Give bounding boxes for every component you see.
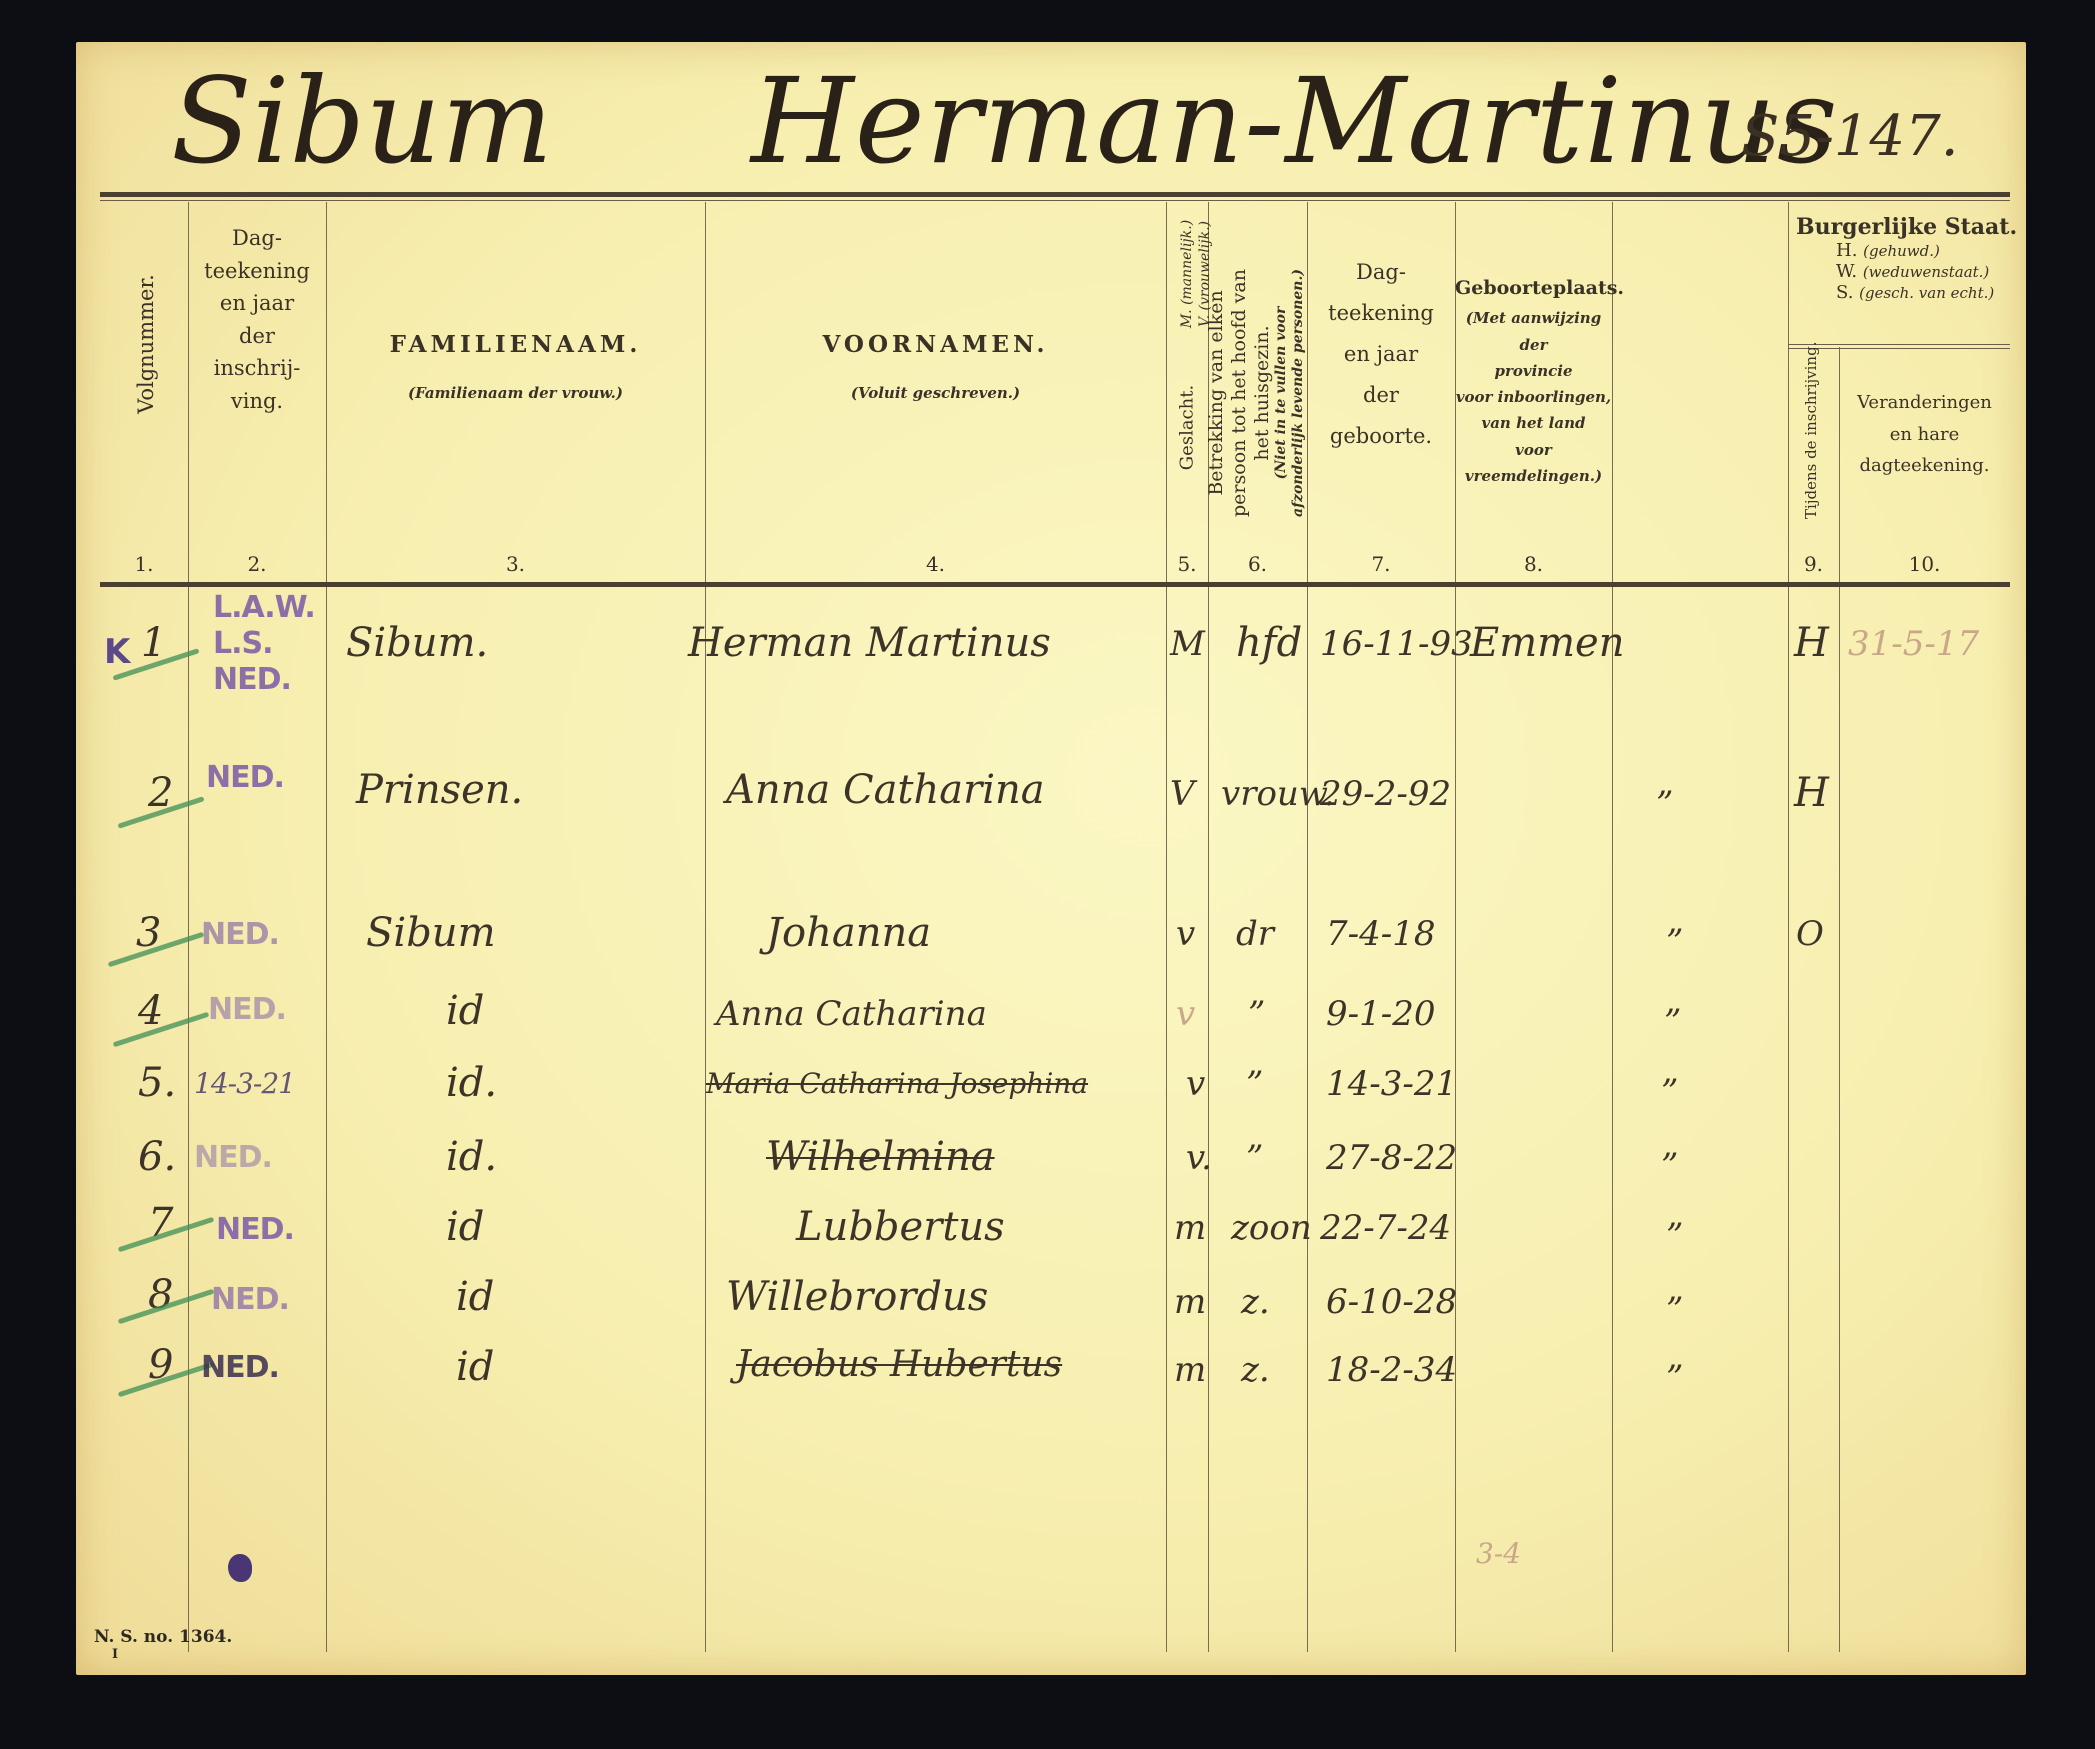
code-h: H.	[1836, 240, 1857, 261]
code-w-desc: (weduwenstaat.)	[1863, 263, 1989, 281]
entry-sex: v	[1186, 1064, 1205, 1104]
col2-line: ving.	[188, 385, 326, 418]
header-surname: Sibum	[171, 62, 553, 180]
entry-relation: ”	[1246, 1064, 1263, 1104]
entry-sex: v	[1176, 994, 1195, 1034]
entry-relation: ”	[1248, 994, 1265, 1034]
entry-birthplace: ”	[1664, 1002, 1681, 1042]
entry-birthplace: ”	[1666, 1216, 1683, 1256]
col6-sub: (Niet in te vullen voor	[1273, 213, 1290, 573]
col-number: 5.	[1166, 552, 1208, 576]
entry-surname: id	[446, 1204, 484, 1250]
entry-surname: Prinsen.	[356, 767, 523, 813]
entry-surname: Sibum	[366, 910, 496, 956]
stamp-ned: NED.	[201, 1350, 279, 1385]
title-rule-thin	[100, 200, 2010, 201]
entry-relation: z.	[1241, 1282, 1270, 1322]
stamp-ned: NED.	[208, 992, 286, 1027]
register-card: Sibum Herman-Martinus S5-147. Volgnummer…	[76, 42, 2026, 1675]
entry-birth-date: 18-2-34	[1326, 1350, 1457, 1390]
col3-label: FAMILIENAAM.	[326, 327, 705, 363]
entry-surname: id.	[446, 1134, 497, 1180]
col2-line: teekening	[188, 255, 326, 288]
col8-line: provincie	[1455, 358, 1612, 384]
entry-relation: dr	[1236, 914, 1274, 954]
col1-label: Volgnummer.	[134, 234, 158, 454]
entry-nr: 5.	[138, 1060, 176, 1106]
entry-birthplace: ”	[1661, 1072, 1678, 1112]
k-mark: K	[104, 632, 130, 672]
col2-label: Dag- teekening en jaar der inschrij- vin…	[188, 222, 326, 417]
entry-surname: id	[456, 1274, 494, 1320]
entry-sex: v.	[1186, 1138, 1212, 1178]
entry-birth-date: 9-1-20	[1326, 994, 1436, 1034]
col7-line: en jaar	[1307, 334, 1455, 375]
col3-sublabel: (Familienaam der vrouw.)	[326, 382, 705, 405]
col-divider	[1839, 347, 1840, 1652]
entry-given: Herman Martinus	[688, 620, 1051, 666]
entry-birthplace: ”	[1661, 1146, 1678, 1186]
col-divider	[1166, 202, 1167, 1652]
col8-label: Geboorteplaats. (Met aanwijzing der prov…	[1455, 272, 1612, 489]
entry-given: Lubbertus	[796, 1204, 1005, 1250]
col8-line: voor vreemdelingen.)	[1455, 437, 1612, 490]
entry-surname: Sibum.	[346, 620, 488, 666]
col-divider	[326, 202, 327, 1652]
stamp-ned: NED.	[201, 917, 279, 952]
form-number: N. S. no. 1364. I	[94, 1627, 232, 1662]
col6-line: persoon tot het hoofd van	[1228, 213, 1251, 573]
entry-given-struck: Wilhelmina	[766, 1134, 995, 1180]
col6-line: het huisgezin.	[1251, 213, 1274, 573]
entry-birth-date: 29-2-92	[1320, 774, 1451, 814]
code-w: W.	[1836, 261, 1857, 282]
col10-line: Veranderingen	[1839, 387, 2010, 419]
header-rule	[100, 582, 2010, 587]
col10-label: Veranderingen en hare dagteekening.	[1839, 387, 2010, 482]
col5-male-code: M. (mannelijk.)	[1179, 159, 1195, 389]
col8-line: (Met aanwijzing der	[1455, 305, 1612, 358]
reference-number: S5-147.	[1741, 104, 1959, 169]
stamp-law-ls-ned: L.A.W.L.S.NED.	[213, 590, 343, 698]
burgerlijke-staat-title: Burgerlijke Staat.	[1796, 214, 2095, 240]
col-divider	[705, 202, 706, 1652]
entry-changes: 31-5-17	[1848, 624, 1979, 664]
col9-label: Tijdens de inschrijving.	[1803, 335, 1820, 525]
stamp-ned: NED.	[211, 1282, 289, 1317]
header-given-names: Herman-Martinus	[751, 62, 1839, 180]
entry-birth-date: 27-8-22	[1326, 1138, 1457, 1178]
code-s: S.	[1836, 282, 1853, 303]
entry-relation: zoon	[1231, 1208, 1312, 1248]
entry-birthplace: Emmen	[1470, 620, 1625, 666]
col8-line: van het land	[1455, 410, 1612, 436]
form-series: I	[94, 1647, 232, 1662]
col-number: 8.	[1455, 552, 1612, 576]
col6-line: Betrekking van elken	[1205, 213, 1228, 573]
entry-birth-date: 6-10-28	[1326, 1282, 1457, 1322]
entry-given: Anna Catharina	[716, 994, 987, 1034]
entry-birthplace: ”	[1656, 784, 1673, 824]
entry-nr: 6.	[138, 1134, 176, 1180]
burg-divider	[1788, 344, 2010, 349]
col2-line: Dag-	[188, 222, 326, 255]
entry-birth-date: 16-11-93	[1320, 624, 1473, 664]
entry-civil-status: H	[1794, 770, 1829, 816]
col10-line: en hare	[1839, 419, 2010, 451]
entry-given-struck: Maria Catharina Josephina	[706, 1067, 1088, 1100]
col-number: 1.	[100, 552, 188, 576]
entry-sex: V	[1170, 774, 1195, 814]
entry-birth-date: 7-4-18	[1326, 914, 1436, 954]
col-divider	[1612, 202, 1613, 1652]
entry-sex: m	[1174, 1350, 1206, 1390]
entry-relation: vrouw.	[1221, 774, 1335, 814]
col-number: 9.	[1788, 552, 1839, 576]
col2-line: inschrij-	[188, 352, 326, 385]
col4-sublabel: (Voluit geschreven.)	[705, 382, 1166, 405]
col2-line: der	[188, 320, 326, 353]
col10-line: dagteekening.	[1839, 450, 2010, 482]
stamp-ned: NED.	[194, 1140, 272, 1175]
col-number: 4.	[705, 552, 1166, 576]
entry-birthplace: ”	[1666, 1358, 1683, 1398]
form-number-text: N. S. no. 1364.	[94, 1627, 232, 1647]
entry-given-struck: Jacobus Hubertus	[736, 1344, 1062, 1385]
code-h-desc: (gehuwd.)	[1863, 242, 1940, 260]
col-number: 3.	[326, 552, 705, 576]
col-number: 10.	[1839, 552, 2010, 576]
registration-date: 14-3-21	[194, 1067, 295, 1100]
burgerlijke-staat-header: Burgerlijke Staat. H. (gehuwd.) W. (wedu…	[1796, 214, 2095, 303]
col6-sub: afzonderlijk levende personen.)	[1290, 213, 1307, 573]
col-number: 2.	[188, 552, 326, 576]
entry-birthplace: ”	[1666, 1290, 1683, 1330]
col-number: 6.	[1208, 552, 1307, 576]
title-rule	[100, 192, 2010, 197]
col-number: 7.	[1307, 552, 1455, 576]
entry-civil-status: H	[1794, 620, 1829, 666]
entry-relation: z.	[1241, 1350, 1270, 1390]
entry-relation: ”	[1246, 1138, 1263, 1178]
col7-label: Dag- teekening en jaar der geboorte.	[1307, 252, 1455, 457]
col2-line: en jaar	[188, 287, 326, 320]
entry-birth-date: 22-7-24	[1320, 1208, 1451, 1248]
entry-sex: M	[1170, 624, 1205, 664]
entry-surname: id	[456, 1344, 494, 1390]
entry-birth-date: 14-3-21	[1326, 1064, 1457, 1104]
stamp-ned: NED.	[206, 760, 284, 795]
col6-label: Betrekking van elken persoon tot het hoo…	[1205, 213, 1307, 573]
ink-blot	[228, 1554, 252, 1582]
entry-given: Willebrordus	[726, 1274, 988, 1320]
col7-line: der	[1307, 375, 1455, 416]
col7-line: geboorte.	[1307, 416, 1455, 457]
entry-given: Anna Catharina	[726, 767, 1045, 813]
entry-surname: id	[446, 988, 484, 1034]
stamp-ned: NED.	[216, 1212, 294, 1247]
col8-title: Geboorteplaats.	[1455, 272, 1612, 305]
entry-sex: m	[1174, 1282, 1206, 1322]
entry-birthplace: ”	[1666, 922, 1683, 962]
col-divider	[1788, 202, 1789, 1652]
entry-relation: hfd	[1236, 620, 1302, 666]
entry-sex: v	[1176, 914, 1195, 954]
entry-given: Johanna	[766, 910, 931, 956]
col-divider	[188, 202, 189, 1652]
margin-note: 3-4	[1476, 1537, 1521, 1570]
entry-surname: id.	[446, 1060, 497, 1106]
col7-line: Dag-	[1307, 252, 1455, 293]
col8-line: voor inboorlingen,	[1455, 384, 1612, 410]
entry-sex: m	[1174, 1208, 1206, 1248]
code-s-desc: (gesch. van echt.)	[1859, 284, 1994, 302]
col7-line: teekening	[1307, 293, 1455, 334]
col4-label: VOORNAMEN.	[705, 327, 1166, 363]
entry-civil-status: O	[1796, 914, 1824, 954]
